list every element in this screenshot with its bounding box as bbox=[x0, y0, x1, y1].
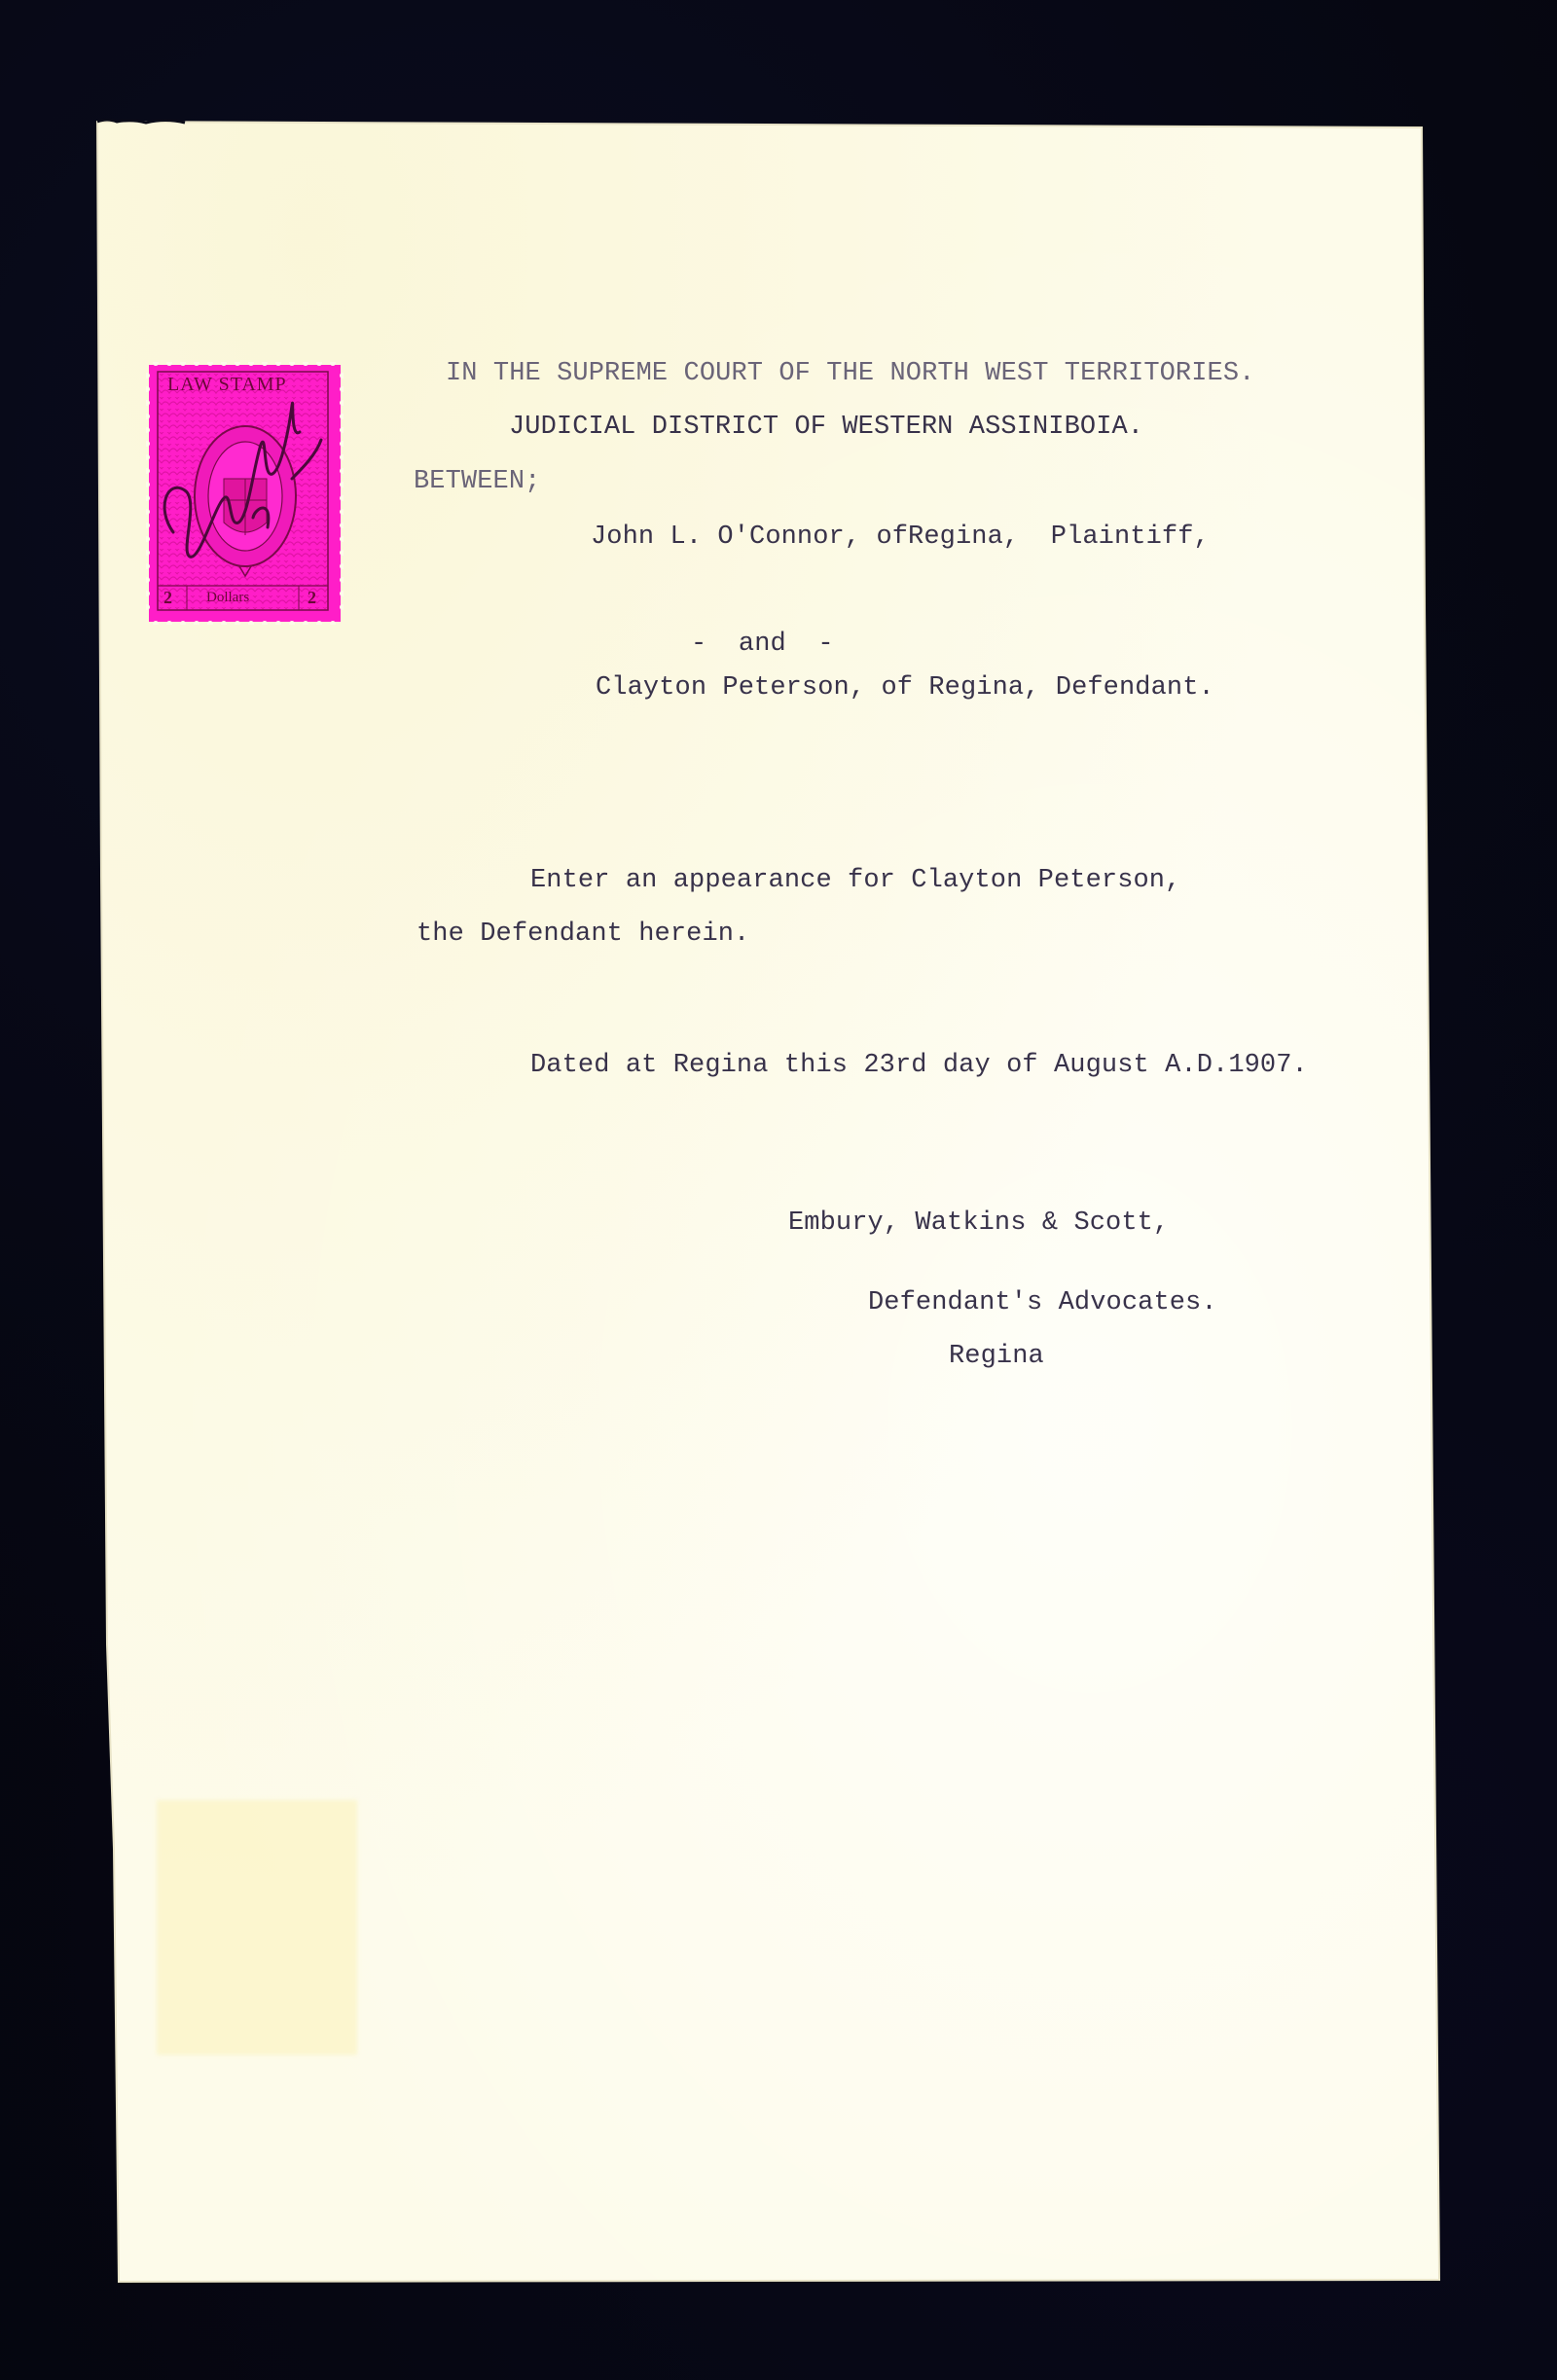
advocates-role: Defendant's Advocates. bbox=[868, 1290, 1217, 1316]
conjunction-and: - and - bbox=[691, 631, 834, 658]
between-label: BETWEEN; bbox=[414, 469, 540, 495]
stamp-denomination-label: Dollars bbox=[206, 590, 249, 606]
firm-name: Embury, Watkins & Scott, bbox=[788, 1210, 1169, 1237]
plaintiff-line: John L. O'Connor, ofRegina, Plaintiff, bbox=[591, 524, 1210, 551]
paper-stain bbox=[157, 1800, 357, 2055]
law-stamp: LAW STAMP 2 Dollars 2 bbox=[146, 362, 344, 625]
court-heading: IN THE SUPREME COURT OF THE NORTH WEST T… bbox=[446, 361, 1254, 387]
dated-line: Dated at Regina this 23rd day of August … bbox=[530, 1053, 1308, 1079]
stamp-title: LAW STAMP bbox=[167, 374, 287, 396]
stamp-graphic-icon bbox=[146, 362, 344, 625]
district-heading: JUDICIAL DISTRICT OF WESTERN ASSINIBOIA. bbox=[509, 415, 1143, 441]
stamp-denomination-right: 2 bbox=[308, 588, 316, 608]
defendant-line: Clayton Peterson, of Regina, Defendant. bbox=[596, 675, 1214, 702]
stamp-denomination-left: 2 bbox=[163, 588, 172, 608]
appearance-line-1: Enter an appearance for Clayton Peterson… bbox=[530, 868, 1180, 894]
signature-city: Regina bbox=[949, 1344, 1044, 1370]
appearance-line-2: the Defendant herein. bbox=[416, 921, 749, 948]
